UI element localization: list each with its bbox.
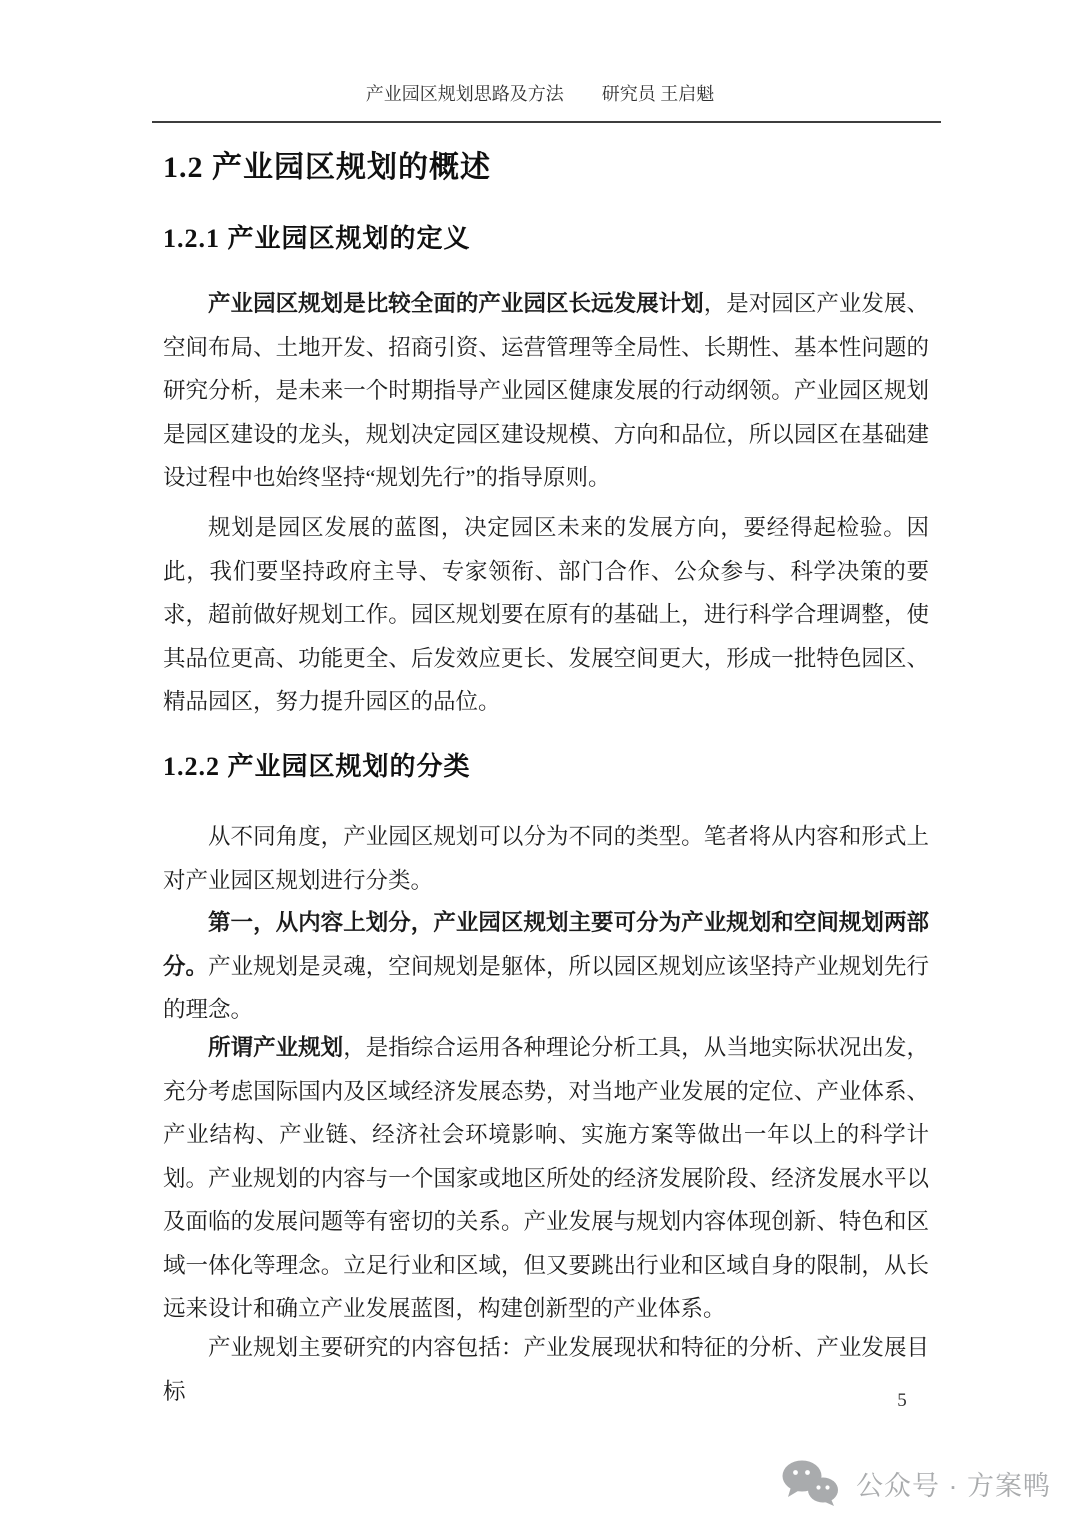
paragraph-classification-intro: 从不同角度，产业园区规划可以分为不同的类型。笔者将从内容和形式上对产业园区规划进… <box>163 815 929 902</box>
section-heading-1-2-2: 1.2.2 产业园区规划的分类 <box>163 746 471 783</box>
paragraph-text: 产业规划是灵魂，空间规划是躯体，所以园区规划应该坚持产业规划先行的理念。 <box>163 954 929 1023</box>
paragraph-industry-planning: 所谓产业规划，是指综合运用各种理论分析工具，从当地实际状况出发，充分考虑国际国内… <box>163 1026 929 1331</box>
paragraph-text: ，是指综合运用各种理论分析工具，从当地实际状况出发，充分考虑国际国内及区域经济发… <box>163 1035 929 1321</box>
page-header: 产业园区规划思路及方法研究员 王启魁 <box>0 80 1080 106</box>
paragraph-definition-1: 产业园区规划是比较全面的产业园区长远发展计划，是对园区产业发展、空间布局、土地开… <box>163 282 929 500</box>
paragraph-bold-lead: 所谓产业规划 <box>208 1035 343 1060</box>
document-page: 产业园区规划思路及方法研究员 王启魁 1.2 产业园区规划的概述 1.2.1 产… <box>0 0 1080 1528</box>
header-author: 研究员 王启魁 <box>602 84 715 104</box>
header-divider <box>152 121 941 123</box>
wechat-icon <box>781 1459 841 1507</box>
paragraph-text: 规划是园区发展的蓝图，决定园区未来的发展方向，要经得起检验。因此，我们要坚持政府… <box>163 515 929 714</box>
section-heading-1-2: 1.2 产业园区规划的概述 <box>163 142 491 186</box>
paragraph-research-content: 产业规划主要研究的内容包括：产业发展现状和特征的分析、产业发展目标 <box>163 1326 929 1413</box>
page-number: 5 <box>882 1390 922 1412</box>
watermark-text: 公众号 · 方案鸭 <box>856 1464 1051 1503</box>
header-doc-title: 产业园区规划思路及方法 <box>366 84 564 104</box>
paragraph-bold-lead: 产业园区规划是比较全面的产业园区长远发展计划 <box>208 291 704 316</box>
paragraph-definition-2: 规划是园区发展的蓝图，决定园区未来的发展方向，要经得起检验。因此，我们要坚持政府… <box>163 506 929 724</box>
paragraph-first-division: 第一，从内容上划分，产业园区规划主要可分为产业规划和空间规划两部分。产业规划是灵… <box>163 901 929 1032</box>
paragraph-text: 从不同角度，产业园区规划可以分为不同的类型。笔者将从内容和形式上对产业园区规划进… <box>163 824 929 893</box>
section-heading-1-2-1: 1.2.1 产业园区规划的定义 <box>163 218 471 255</box>
paragraph-text: 产业规划主要研究的内容包括：产业发展现状和特征的分析、产业发展目标 <box>163 1335 929 1404</box>
watermark-footer: 公众号 · 方案鸭 <box>781 1458 1051 1508</box>
paragraph-text: ，是对园区产业发展、空间布局、土地开发、招商引资、运营管理等全局性、长期性、基本… <box>163 291 929 490</box>
